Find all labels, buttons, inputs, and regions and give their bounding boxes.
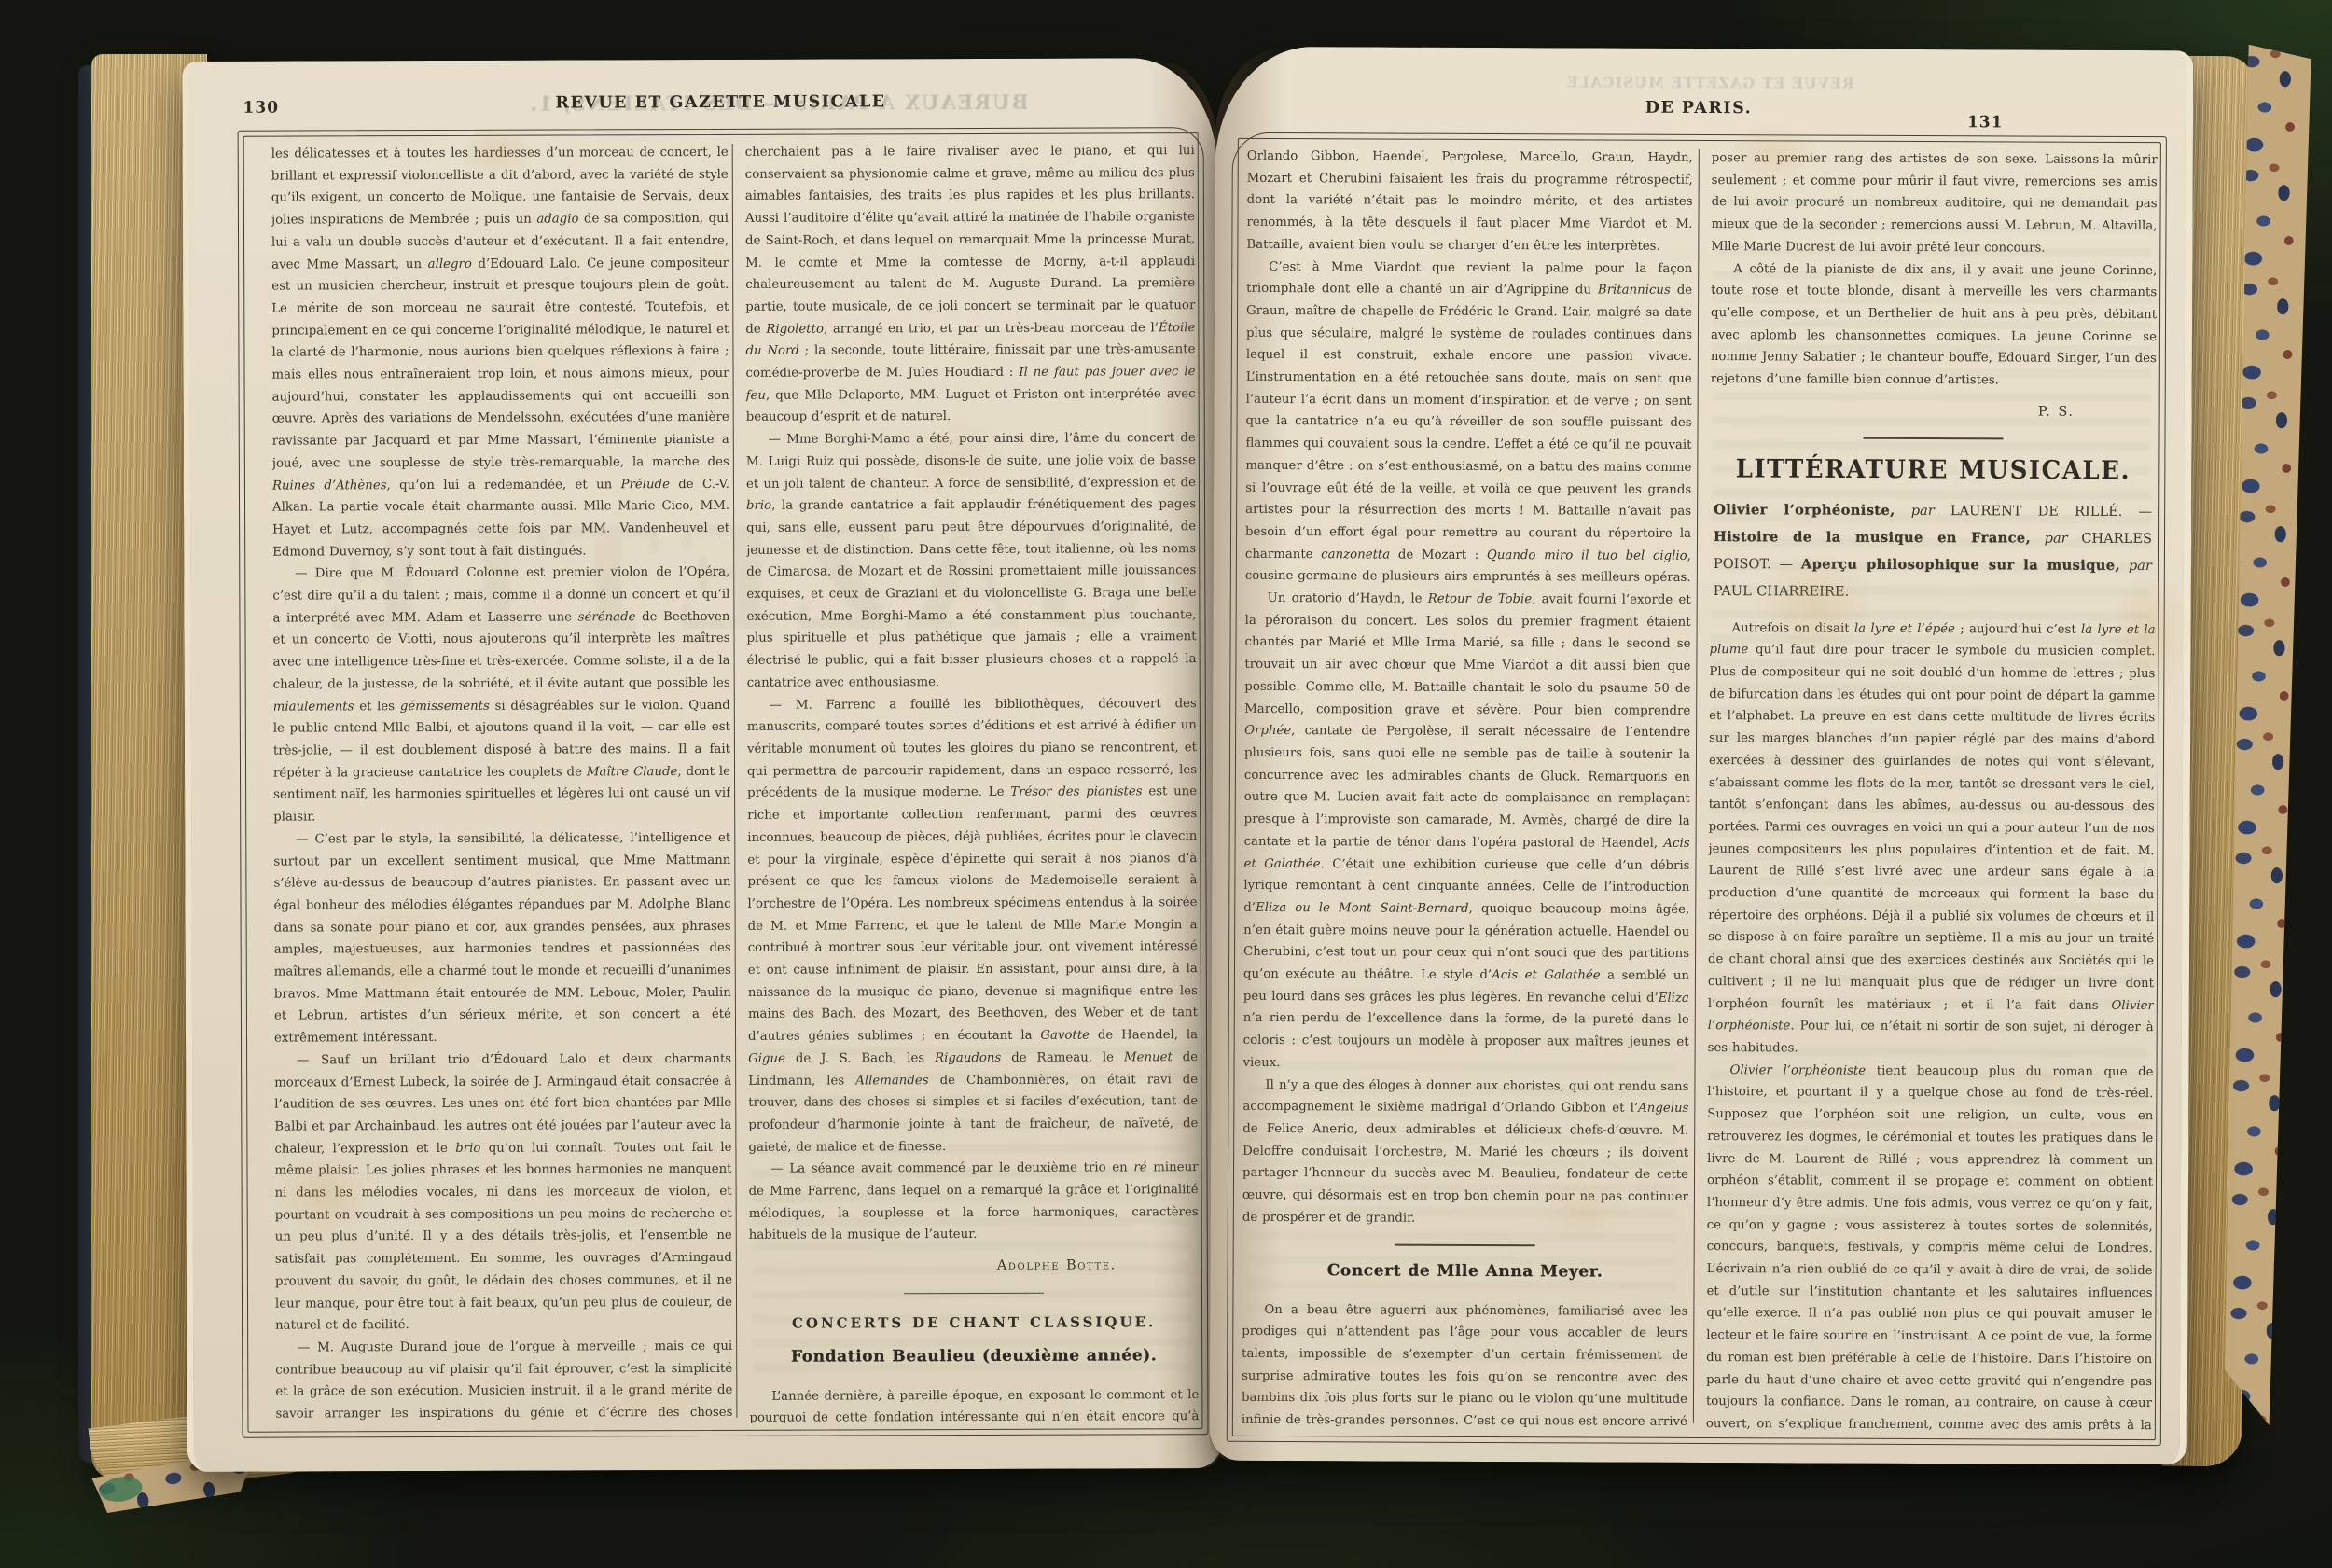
- paragraph: L’année dernière, à pareille époque, en …: [749, 1384, 1199, 1423]
- paragraph: cherchaient pas à le faire rivaliser ave…: [745, 140, 1196, 429]
- paragraph: les délicatesses et à toutes les hardies…: [271, 142, 730, 563]
- running-title-left: REVUE ET GAZETTE MUSICALE: [237, 91, 1203, 114]
- paragraph: C’est à Mme Viardot que revient la palme…: [1245, 256, 1693, 590]
- right-page: REVUE ET GAZETTE MUSICALE DE PARIS. 131 …: [1210, 47, 2194, 1465]
- left-page: BUREAUX A PARIS — DES ITALIENS, 1. GAZET…: [182, 58, 1221, 1472]
- bleed-through-text: [752, 1047, 1191, 1384]
- text-column: les délicatesses et à toutes les hardies…: [271, 142, 733, 1425]
- bleed-through-text: [1708, 198, 2151, 1300]
- running-title-right: DE PARIS.: [1232, 97, 2165, 119]
- paragraph: — Dire que M. Édouard Colonne est premie…: [272, 562, 730, 828]
- bleed-through-masthead: REVUE ET GAZETTE MUSICALE: [1421, 74, 1999, 93]
- book-spread-scan: BUREAUX A PARIS — DES ITALIENS, 1. GAZET…: [0, 0, 2332, 1568]
- paragraph: Orlando Gibbon, Haendel, Pergolese, Marc…: [1246, 146, 1693, 258]
- page-number-right: 131: [1967, 113, 2004, 132]
